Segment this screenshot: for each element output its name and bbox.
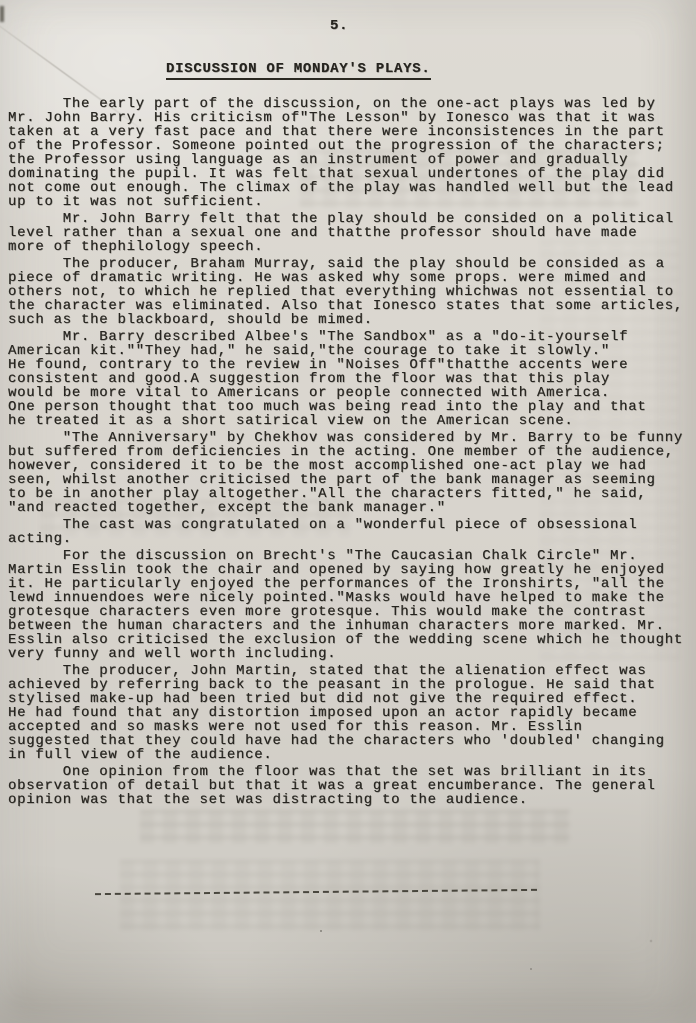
paragraph: Mr. John Barry felt that the play should… <box>8 212 694 254</box>
document-body: The early part of the discussion, on the… <box>8 97 694 810</box>
text-line: Esslin also criticised the exclusion of … <box>8 633 694 647</box>
text-line: One opinion from the floor was that the … <box>8 765 694 779</box>
ink-bleed-through <box>140 810 570 844</box>
text-line: "and reacted together, except the bank m… <box>8 501 694 515</box>
paragraph: One opinion from the floor was that the … <box>8 765 694 807</box>
text-line: the Professor using language as an instr… <box>8 153 694 167</box>
paragraph: "The Anniversary" by Chekhov was conside… <box>8 431 694 515</box>
text-line: others not, to which he replied that eve… <box>8 285 694 299</box>
text-line: of the Professor. Someone pointed out th… <box>8 139 694 153</box>
text-line: suggested that they could have had the c… <box>8 734 694 748</box>
text-line: not come out enough. The climax of the p… <box>8 181 694 195</box>
scanned-document-page: 5. DISCUSSION OF MONDAY'S PLAYS. The ear… <box>0 0 696 1023</box>
text-line: grotesque characters even more grotesque… <box>8 605 694 619</box>
text-line: He found, contrary to the review in "Noi… <box>8 358 694 372</box>
text-line: achieved by referring back to the peasan… <box>8 678 694 692</box>
paragraph: For the discussion on Brecht's "The Cauc… <box>8 549 694 661</box>
text-line: For the discussion on Brecht's "The Cauc… <box>8 549 694 563</box>
text-line: stylised make-up had been tried but did … <box>8 692 694 706</box>
text-line: such as the blackboard, should be mimed. <box>8 313 694 327</box>
text-line: opinion was that the set was distracting… <box>8 793 694 807</box>
text-line: would be more vital to Americans or peop… <box>8 386 694 400</box>
text-line: to be in another play altogether."All th… <box>8 487 694 501</box>
scan-edge-mark <box>0 6 4 22</box>
text-line: Mr. Barry described Albee's "The Sandbox… <box>8 330 694 344</box>
text-line: accepted and so masks were not used for … <box>8 720 694 734</box>
text-line: The producer, Braham Murray, said the pl… <box>8 257 694 271</box>
text-line: however, considered it to be the most ac… <box>8 459 694 473</box>
text-line: Mr. John Barry. His criticism of"The Les… <box>8 111 694 125</box>
page-number: 5. <box>330 18 348 34</box>
text-line: piece of dramatic writing. He was asked … <box>8 271 694 285</box>
text-line: between the human characters and the inh… <box>8 619 694 633</box>
text-line: One person thought that too much was bei… <box>8 400 694 414</box>
ink-speck <box>320 930 322 932</box>
text-line: consistent and good.A suggestion from th… <box>8 372 694 386</box>
text-line: observation of detail but that it was a … <box>8 779 694 793</box>
text-line: taken at a very fast pace and that there… <box>8 125 694 139</box>
text-line: American kit.""They had," he said,"the c… <box>8 344 694 358</box>
text-line: Martin Esslin took the chair and opened … <box>8 563 694 577</box>
text-line: it. He particularly enjoyed the performa… <box>8 577 694 591</box>
paragraph: The early part of the discussion, on the… <box>8 97 694 209</box>
text-line: in full view of the audience. <box>8 748 694 762</box>
text-line: lewd innuendoes were nicely pointed."Mas… <box>8 591 694 605</box>
text-line: the character was eliminated. Also that … <box>8 299 694 313</box>
text-line: up to it was not sufficient. <box>8 195 694 209</box>
paragraph: Mr. Barry described Albee's "The Sandbox… <box>8 330 694 428</box>
text-line: he treated it as a short satirical view … <box>8 414 694 428</box>
document-title: DISCUSSION OF MONDAY'S PLAYS. <box>166 61 431 80</box>
paragraph: The producer, John Martin, stated that t… <box>8 664 694 762</box>
paragraph: The producer, Braham Murray, said the pl… <box>8 257 694 327</box>
typed-divider-rule <box>95 889 537 895</box>
text-line: acting. <box>8 532 694 546</box>
paragraph: The cast was congratulated on a "wonderf… <box>8 518 694 546</box>
text-line: The cast was congratulated on a "wonderf… <box>8 518 694 532</box>
text-line: seen, whilst another criticised the part… <box>8 473 694 487</box>
ink-bleed-through <box>120 860 540 930</box>
text-line: He had found that any distortion imposed… <box>8 706 694 720</box>
text-line: The early part of the discussion, on the… <box>8 97 694 111</box>
text-line: The producer, John Martin, stated that t… <box>8 664 694 678</box>
text-line: very funny and well worth including. <box>8 647 694 661</box>
text-line: level rather than a sexual one and thatt… <box>8 226 694 240</box>
text-line: Mr. John Barry felt that the play should… <box>8 212 694 226</box>
text-line: "The Anniversary" by Chekhov was conside… <box>8 431 694 445</box>
text-line: but suffered from deficiencies in the ac… <box>8 445 694 459</box>
text-line: more of thephilology speech. <box>8 240 694 254</box>
text-line: dominating the pupil. It was felt that s… <box>8 167 694 181</box>
